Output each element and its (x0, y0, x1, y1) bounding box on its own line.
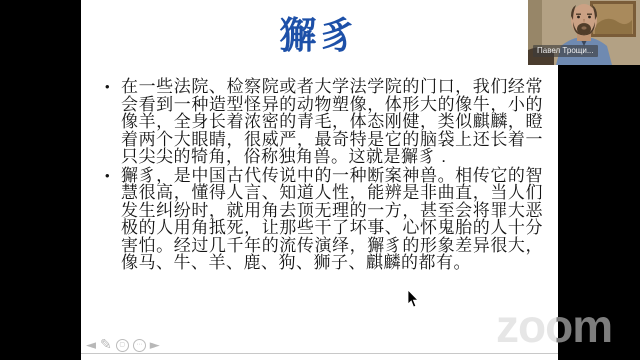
bullet-text: 獬豸，是中国古代传说中的一种断案神兽。相传它的智慧很高，懂得人言、知道人性，能辨… (121, 167, 543, 272)
zoom-logo-watermark: zoom (496, 303, 612, 349)
letterbox-left (0, 0, 81, 360)
bullet-marker: • (105, 167, 121, 272)
slideshow-toolbar: ◄ ✎ ▢ ⋯ ► (86, 337, 160, 353)
more-options-icon[interactable]: ⋯ (133, 339, 146, 352)
slide-body: • 在一些法院、检察院或者大学法学院的门口，我们经常会看到一种造型怪异的动物塑像… (105, 78, 543, 273)
shared-screen-slide: 獬豸 • 在一些法院、检察院或者大学法学院的门口，我们经常会看到一种造型怪异的动… (81, 0, 558, 360)
participant-name-tag: Павел Трощи... (533, 45, 598, 57)
participant-video-thumbnail[interactable]: Павел Трощи... (528, 0, 640, 65)
pen-tool-icon[interactable]: ✎ (100, 338, 112, 353)
bullet-text: 在一些法院、检察院或者大学法学院的门口，我们经常会看到一种造型怪异的动物塑像，体… (121, 78, 543, 166)
next-slide-arrow-icon[interactable]: ► (150, 338, 160, 353)
bullet-marker: • (105, 78, 121, 166)
prev-slide-arrow-icon[interactable]: ◄ (86, 338, 96, 353)
mouse-cursor (407, 290, 419, 308)
bullet-item: • 在一些法院、检察院或者大学法学院的门口，我们经常会看到一种造型怪异的动物塑像… (105, 78, 543, 166)
slide-bottom-edge (81, 353, 558, 354)
slide-title: 獬豸 (81, 14, 558, 58)
zoom-meeting-stream: { "colors": { "title_blue": "#1d50a8", "… (0, 0, 640, 360)
bullet-item: • 獬豸，是中国古代传说中的一种断案神兽。相传它的智慧很高，懂得人言、知道人性，… (105, 167, 543, 272)
slide-navigator-icon[interactable]: ▢ (116, 339, 129, 352)
